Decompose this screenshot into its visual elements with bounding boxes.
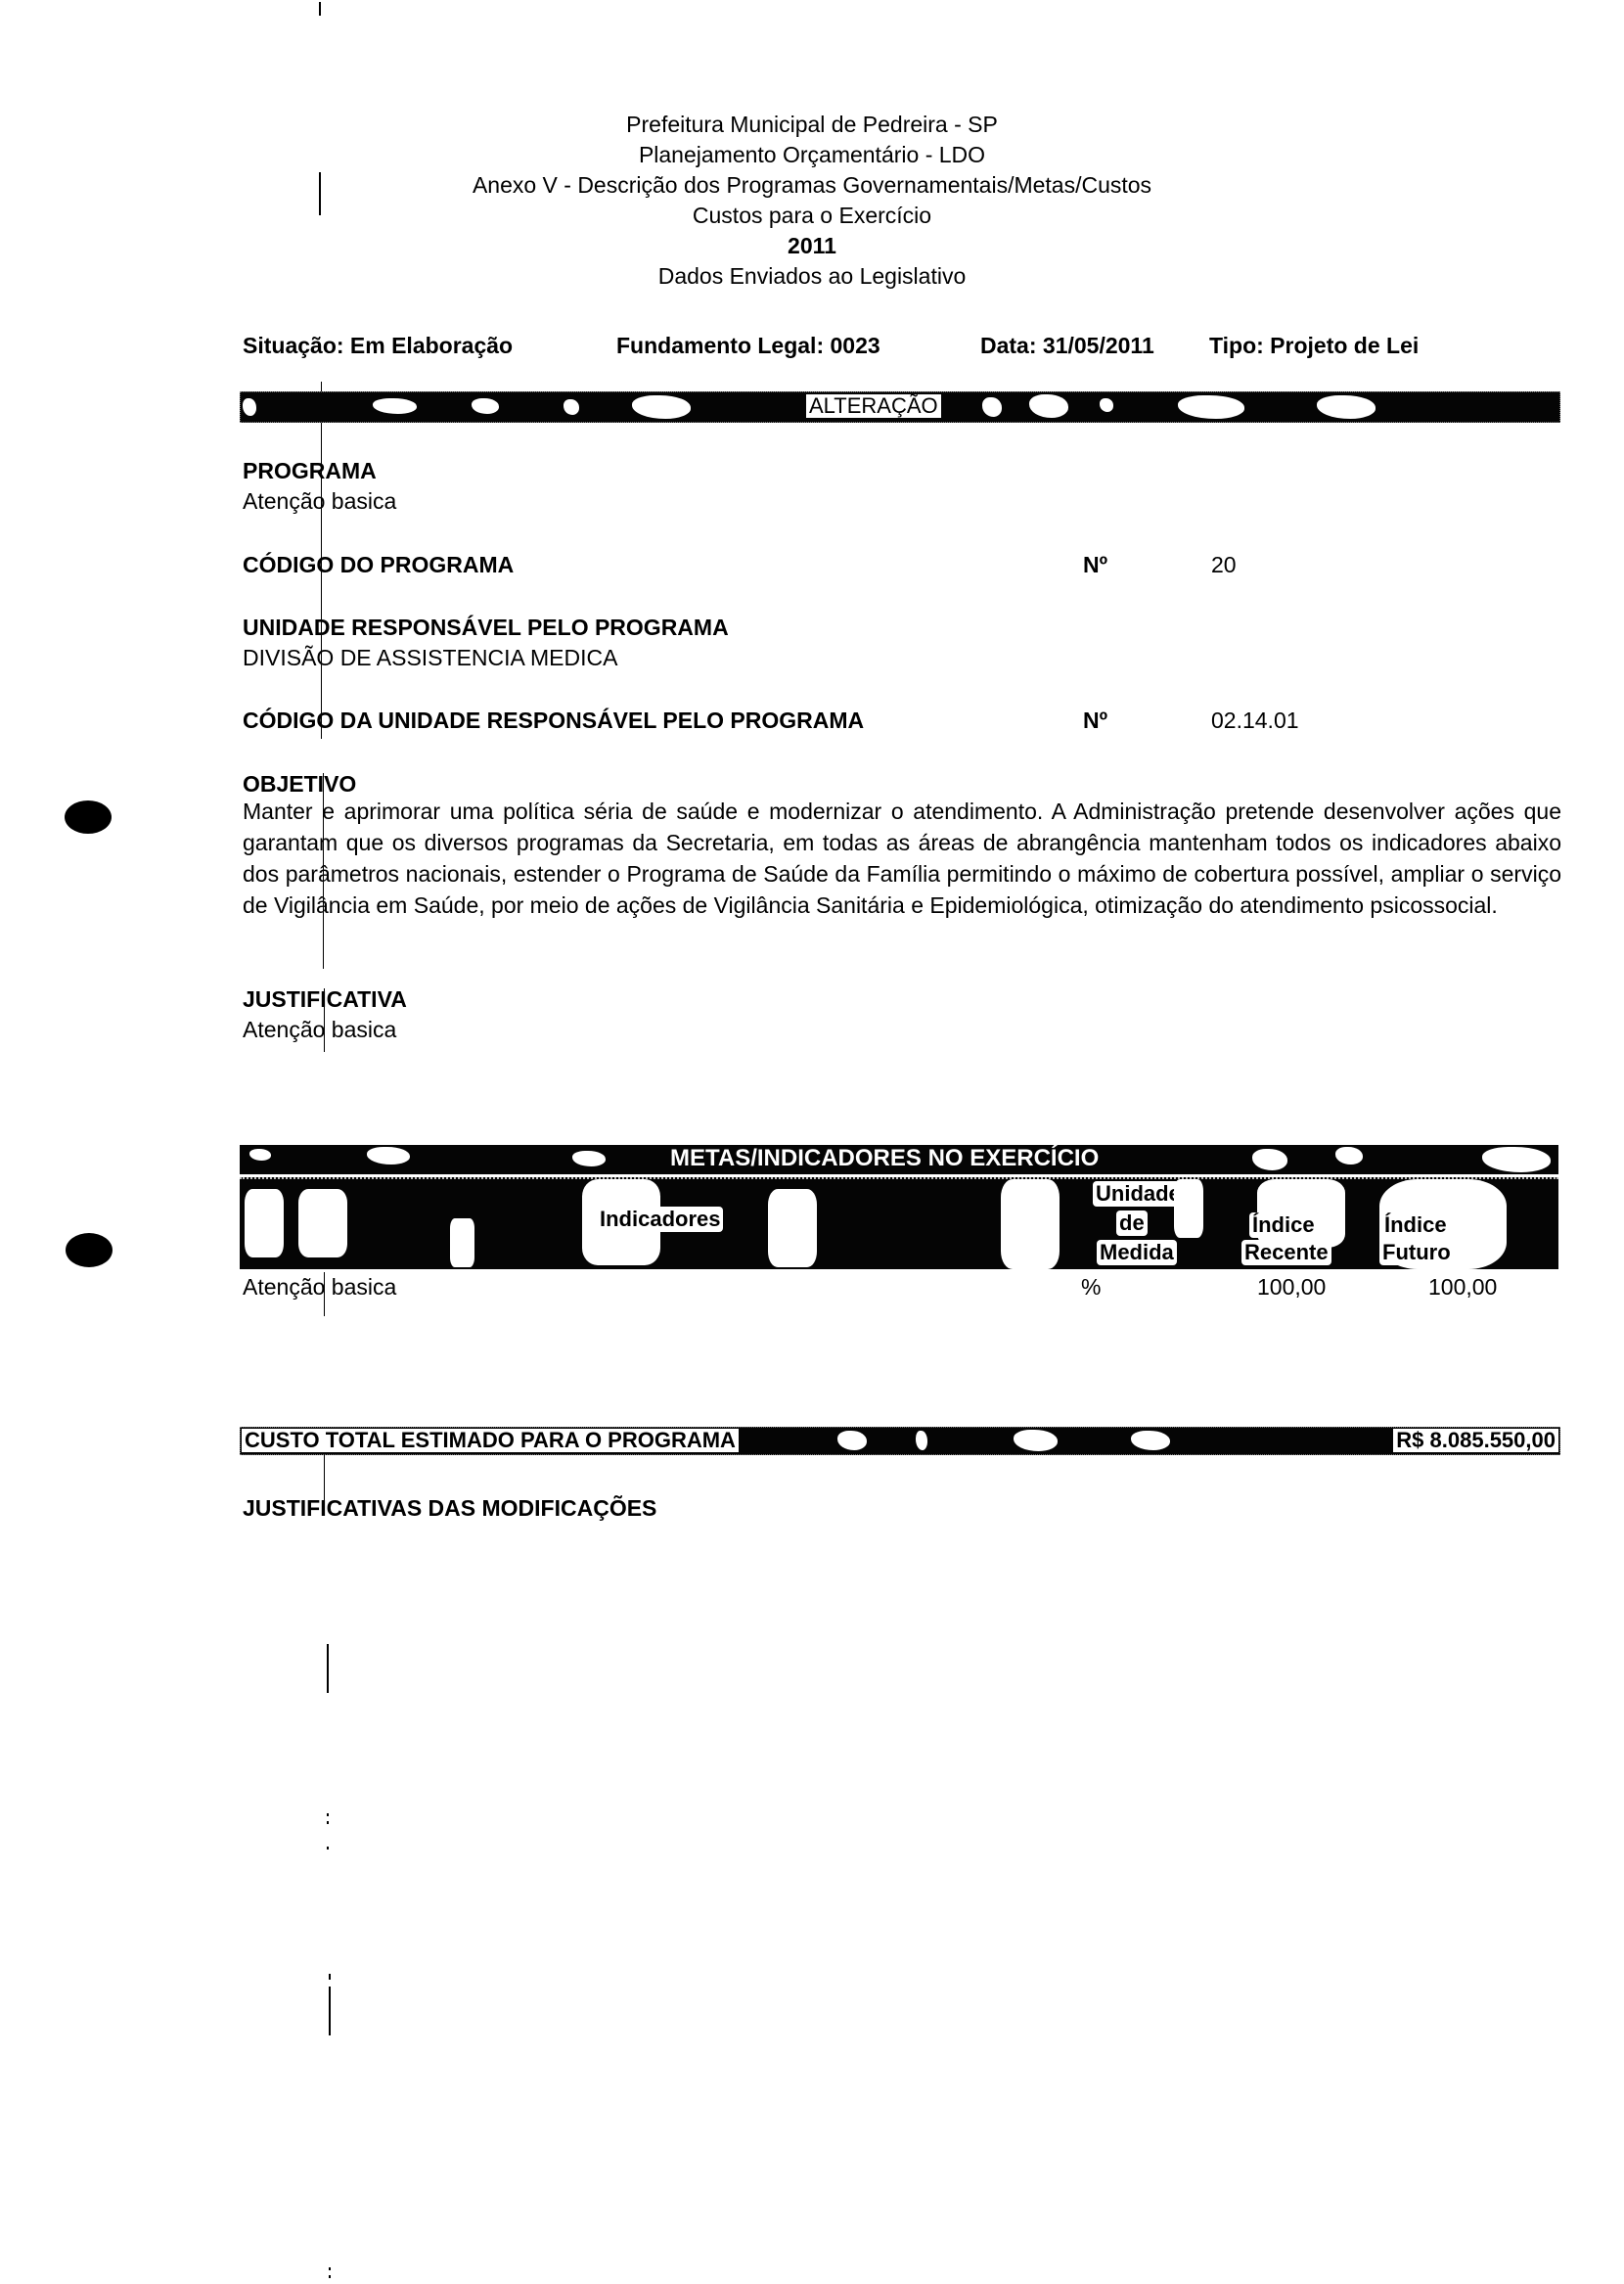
custo-total-label: CUSTO TOTAL ESTIMADO PARA O PROGRAMA — [242, 1429, 739, 1452]
metas-row-unidade: % — [1081, 1274, 1101, 1301]
metas-row-indicador: Atenção basica — [243, 1274, 396, 1301]
scan-mark — [329, 1987, 331, 2035]
column-header-futuro-line2: Futuro — [1379, 1240, 1454, 1265]
situacao-field: Situação: Em Elaboração — [243, 333, 513, 359]
codigo-unidade-value: 02.14.01 — [1211, 708, 1299, 734]
scan-mark — [319, 2, 321, 16]
alteracao-bar: ALTERAÇÃO — [240, 391, 1560, 423]
fundamento-legal-field: Fundamento Legal: 0023 — [616, 333, 880, 359]
custo-total-value: R$ 8.085.550,00 — [1393, 1429, 1558, 1452]
metas-column-header-row: Indicadores Unidade de Medida Índice Rec… — [240, 1177, 1558, 1269]
custo-total-bar: CUSTO TOTAL ESTIMADO PARA O PROGRAMA R$ … — [240, 1427, 1560, 1455]
justificativa-value: Atenção basica — [243, 1017, 396, 1043]
programa-value: Atenção basica — [243, 488, 396, 515]
column-header-futuro-line1: Índice — [1381, 1212, 1450, 1238]
metas-title: METAS/INDICADORES NO EXERCÍCIO — [670, 1145, 1099, 1172]
column-header-indicadores: Indicadores — [597, 1207, 723, 1232]
codigo-programa-label: CÓDIGO DO PROGRAMA — [243, 552, 514, 578]
justificativa-label: JUSTIFICATIVA — [243, 986, 407, 1013]
column-header-unidade-line1: Unidade — [1093, 1181, 1184, 1207]
objetivo-label: OBJETIVO — [243, 771, 356, 798]
scan-mark — [329, 1974, 331, 1980]
metas-row-futuro: 100,00 — [1428, 1274, 1497, 1301]
codigo-programa-num-label: Nº — [1083, 552, 1107, 578]
metas-row-recente: 100,00 — [1257, 1274, 1326, 1301]
scan-mark — [327, 1821, 329, 1824]
objetivo-text: Manter e aprimorar uma política séria de… — [243, 796, 1561, 921]
punch-hole-bottom — [66, 1233, 113, 1267]
justificativas-modificacoes-label: JUSTIFICATIVAS DAS MODIFICAÇÕES — [243, 1495, 656, 1522]
column-header-unidade-line2: de — [1116, 1211, 1148, 1236]
header-sent: Dados Enviados ao Legislativo — [0, 261, 1624, 292]
header-year: 2011 — [0, 231, 1624, 261]
tipo-field: Tipo: Projeto de Lei — [1209, 333, 1419, 359]
scan-mark — [327, 1847, 329, 1850]
header-municipality: Prefeitura Municipal de Pedreira - SP — [0, 110, 1624, 140]
column-header-recente-line2: Recente — [1241, 1240, 1331, 1265]
scan-mark — [327, 1644, 329, 1693]
header-planning: Planejamento Orçamentário - LDO — [0, 140, 1624, 170]
metas-title-bar: METAS/INDICADORES NO EXERCÍCIO — [240, 1145, 1558, 1174]
codigo-unidade-label: CÓDIGO DA UNIDADE RESPONSÁVEL PELO PROGR… — [243, 708, 864, 734]
punch-hole-top — [65, 800, 112, 834]
scan-mark — [329, 2275, 331, 2278]
codigo-programa-value: 20 — [1211, 552, 1237, 578]
document-header: Prefeitura Municipal de Pedreira - SP Pl… — [0, 110, 1624, 292]
alteracao-label: ALTERAÇÃO — [806, 394, 941, 418]
unidade-responsavel-value: DIVISÃO DE ASSISTENCIA MEDICA — [243, 645, 617, 671]
data-field: Data: 31/05/2011 — [980, 333, 1154, 359]
column-header-recente-line1: Índice — [1249, 1212, 1318, 1238]
codigo-unidade-num-label: Nº — [1083, 708, 1107, 734]
header-annex: Anexo V - Descrição dos Programas Govern… — [0, 170, 1624, 201]
header-costs: Custos para o Exercício — [0, 201, 1624, 231]
column-header-unidade-line3: Medida — [1097, 1240, 1177, 1265]
programa-label: PROGRAMA — [243, 458, 377, 484]
scan-mark — [327, 1813, 329, 1816]
unidade-responsavel-label: UNIDADE RESPONSÁVEL PELO PROGRAMA — [243, 615, 729, 641]
scan-mark — [329, 2267, 331, 2270]
